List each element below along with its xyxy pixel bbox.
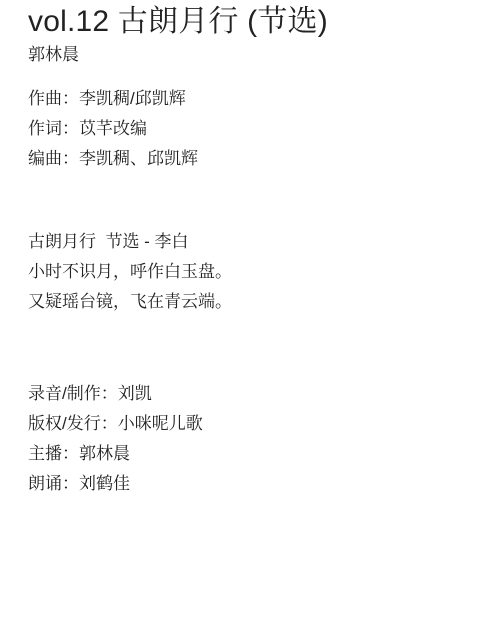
page-title: vol.12 古朗月行 (节选) [28,2,472,42]
copyright-publisher-line: 版权/发行：小咪呢儿歌 [28,409,472,439]
host-line: 主播：郭林晨 [28,439,472,469]
episode-description-page: vol.12 古朗月行 (节选) 郭林晨 作曲：李凯稠/邱凯辉 作词：苡芊改编 … [0,0,500,499]
production-section: 录音/制作：刘凯 版权/发行：小咪呢儿歌 主播：郭林晨 朗诵：刘鹤佳 [28,379,472,499]
poem-line-1: 小时不识月，呼作白玉盘。 [28,257,472,287]
arranger-line: 编曲：李凯稠、邱凯辉 [28,144,472,174]
composer-line: 作曲：李凯稠/邱凯辉 [28,84,472,114]
lyricist-line: 作词：苡芊改编 [28,114,472,144]
recording-producer-line: 录音/制作：刘凯 [28,379,472,409]
poem-title-line: 古朗月行 节选 - 李白 [28,227,472,257]
credits-section: 作曲：李凯稠/邱凯辉 作词：苡芊改编 编曲：李凯稠、邱凯辉 [28,84,472,174]
reciter-line: 朗诵：刘鹤佳 [28,469,472,499]
artist-name: 郭林晨 [28,42,472,68]
poem-section: 古朗月行 节选 - 李白 小时不识月，呼作白玉盘。 又疑瑶台镜，飞在青云端。 [28,227,472,317]
poem-line-2: 又疑瑶台镜，飞在青云端。 [28,287,472,317]
